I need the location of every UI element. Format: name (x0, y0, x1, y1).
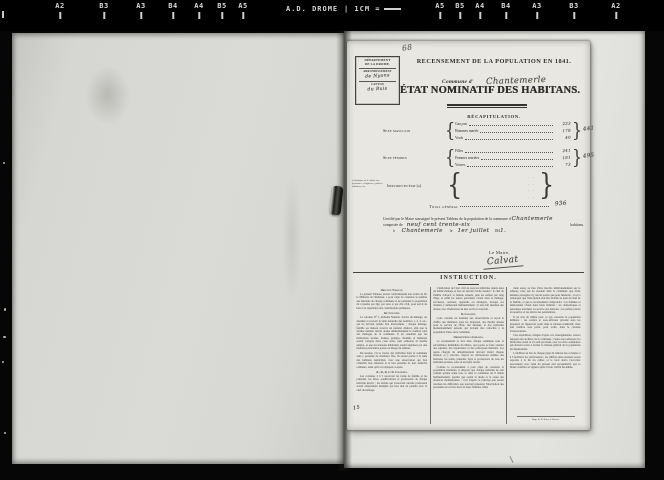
archive-name-label: A.D. DROME (286, 5, 338, 13)
instruction-paragraph: Les colonnes 2 à 5 recevront les noms de… (357, 375, 428, 392)
certification-text: composée de (383, 223, 403, 228)
ruler-tick (615, 12, 617, 19)
instruction-subheading: Objet du Tableau. (357, 289, 428, 292)
ruler-tick (479, 12, 481, 19)
ruler-label-text: B4 (501, 2, 510, 10)
ruler-tick (59, 12, 61, 19)
recap-row: Veufs (455, 135, 555, 142)
instruction-paragraph: Cette colonne est destinée aux observati… (433, 317, 504, 334)
ruler-tick (439, 12, 441, 19)
instruction-paragraph: Il en sera de même pour ce qui concerne … (510, 316, 581, 333)
value-handwritten: 40 (557, 134, 571, 142)
mayor-signature-handwritten: Calvat (483, 254, 524, 269)
instruction-paragraph: mais aussi, au lieu d'être inscrits indi… (510, 287, 581, 315)
ruler-label-text: A4 (475, 2, 484, 10)
footnote-a: (a) Indiquer ici le chiffre des personne… (352, 180, 385, 189)
ruler-label-left-0: A2 (55, 2, 64, 19)
ruler-label-text: A3 (136, 2, 145, 10)
dotted-leader (480, 132, 553, 133)
census-form-sheet: 68 DÉPARTEMENT DE LA DROME. ARRONDISSEME… (347, 41, 590, 430)
recap-row: Garçons (455, 121, 555, 128)
open-brace: { (445, 145, 455, 169)
instruction-heading-rule (458, 284, 479, 285)
certification-line3: à Chantemerle le 1er juillet 1841. (383, 229, 584, 234)
instruction-paragraph: Du surplus, s'il se trouve des individus… (357, 352, 428, 369)
open-brace: { (445, 118, 455, 142)
divider (359, 68, 396, 69)
rule-thick (447, 104, 527, 106)
ruler-label-left-1: B3 (99, 2, 108, 19)
individus-label: Individus en état (a) (387, 184, 421, 188)
recap-row: Femmes mariées (455, 155, 555, 162)
instruction-heading: INSTRUCTION. (347, 275, 590, 281)
ruler-label-right-6: A2 (611, 2, 620, 19)
ruler-label-left-4: A4 (194, 2, 203, 19)
form-title: RECENSEMENT DE LA POPULATION EN 1841. (404, 58, 584, 65)
recap-group-female: Sexe féminin { Filles Femmes mariées Veu… (377, 148, 587, 169)
row-label: Femmes mariées (455, 155, 479, 162)
total-label: Total général (429, 204, 458, 209)
film-speck (4, 432, 6, 434)
ruler-label-text: A5 (435, 2, 444, 10)
dotted-leader (469, 125, 553, 126)
ruler-label-text: B5 (455, 2, 464, 10)
row-label: Veufs (455, 135, 463, 142)
ruler-label-text: B3 (99, 2, 108, 10)
page-mark-handwritten: 15 (353, 404, 361, 411)
close-brace: } (572, 118, 582, 142)
dotted-row: . . (459, 187, 535, 194)
microfilm-scan: 2 A2 B3 A3 B4 A4 B5 A5 A.D. DROME | 1CM … (0, 0, 664, 480)
date-prefix: le (450, 229, 453, 233)
group-label: Sexe féminin (383, 155, 407, 160)
individus-dotted-rows: . . . . . . . . (459, 174, 535, 200)
scale-label: | 1CM = (344, 5, 401, 13)
ruler-tick (242, 12, 244, 19)
dotted-row: . . (459, 194, 535, 201)
sheet-number-handwritten: 68 (401, 42, 412, 52)
divider (359, 81, 396, 82)
instruction-paragraph: Comme le recensement a pour objet de con… (433, 366, 504, 390)
ruler-label-left-3: B4 (168, 2, 177, 19)
scale-dash (384, 8, 401, 10)
ruler-label-text: A5 (238, 2, 247, 10)
instruction-columns: Objet du Tableau. Le présent Tableau, dr… (354, 287, 583, 424)
value-handwritten: 73 (557, 161, 571, 169)
ruler-label-text: A2 (611, 2, 620, 10)
ruler-tick (140, 12, 142, 19)
film-speck (4, 308, 6, 311)
printer-imprint: Impr. de B. Roux, à Valence. (517, 416, 575, 421)
title-double-rule (447, 104, 527, 108)
total-line: Total général (429, 204, 551, 209)
ruler-tick (198, 12, 200, 19)
certification-text: Certifié par le Maire soussigné le prése… (383, 217, 511, 221)
ruler-edge-tick (2, 11, 4, 18)
recap-heading: RÉCAPITULATION. (404, 114, 584, 119)
place-prefix: à (393, 229, 395, 233)
register-left-page (12, 33, 344, 464)
film-speck (2, 361, 4, 363)
department-name: DE LA DROME. (356, 63, 399, 67)
row-label: Hommes mariés (455, 128, 478, 135)
recap-row: Filles (455, 148, 555, 155)
place-handwritten: Chantemerle (402, 228, 443, 234)
instruction-subheading: Observations générales. (433, 336, 504, 339)
ruler-tick (459, 12, 461, 19)
film-speck (3, 336, 6, 338)
ruler-label-right-3: B4 (501, 2, 510, 19)
ruler-label-left-2: A3 (136, 2, 145, 19)
paper-smudge (85, 65, 130, 125)
instruction-subheading: 1re Colonne. (357, 312, 428, 315)
ruler-tick (172, 12, 174, 19)
dotted-leader (465, 152, 553, 153)
instruction-column-1: Objet du Tableau. Le présent Tableau, dr… (354, 287, 430, 424)
film-speck (3, 162, 5, 164)
ruler-tick (573, 12, 575, 19)
close-brace-large: } (539, 168, 554, 202)
ruler-tick (505, 12, 507, 19)
ruler-label-text: B5 (217, 2, 226, 10)
group-values-handwritten: 223 178 40 (557, 121, 571, 141)
dotted-leader (465, 139, 553, 140)
row-label: Garçons (455, 121, 467, 128)
instruction-paragraph: L'addition au bas de chaque page du tabl… (510, 352, 581, 369)
ruler-tick (221, 12, 223, 19)
row-label: Filles (455, 148, 463, 155)
instruction-paragraph: Une expédition, rédigée d'après ces rens… (510, 334, 581, 351)
certified-commune-handwritten: Chantemerle (512, 216, 553, 222)
group-label: Sexe masculin (383, 128, 410, 133)
archive-name-text: A.D. DROME (286, 5, 338, 13)
ruler-label-left-5: B5 (217, 2, 226, 19)
ruler-label-right-2: A4 (475, 2, 484, 19)
instruction-subheading: 6e Colonne. (433, 313, 504, 316)
close-brace: } (572, 145, 582, 169)
ruler-label-text: A4 (194, 2, 203, 10)
ruler-label-text: A3 (532, 2, 541, 10)
ruler-label-right-4: A3 (532, 2, 541, 19)
group-total-handwritten: 495 (583, 152, 595, 159)
group-values-handwritten: 241 181 73 (557, 148, 571, 168)
ruler-label-text: A2 (55, 2, 64, 10)
ruler-label-right-1: B5 (455, 2, 464, 19)
instruction-paragraph: Le recensement se fera dans chaque commu… (433, 340, 504, 364)
scale-text: | 1CM = (344, 5, 381, 13)
instruction-column-3: mais aussi, au lieu d'être inscrits indi… (506, 287, 583, 424)
dotted-row: . . (459, 174, 535, 181)
section-separator-rule (353, 272, 584, 273)
ruler-label-text: B4 (168, 2, 177, 10)
dotted-row: . . (459, 181, 535, 188)
arrondissement-value-handwritten: de Nyons (356, 73, 399, 80)
instruction-paragraph: La colonne N° 1, intitulée Numéro d'ordr… (357, 316, 428, 351)
mayor-label: Le Maire, (489, 250, 510, 255)
form-subtitle: ÉTAT NOMINATIF DES HABITANS. (389, 85, 591, 96)
instruction-subheading: 2e, 3e, 4e et 5e Colonnes. (357, 371, 428, 374)
group-rows: Filles Femmes mariées Veuves (455, 148, 555, 168)
instruction-paragraph: L'indication de l'état civil de tous les… (433, 287, 504, 311)
dotted-leader (460, 206, 549, 207)
recap-row: Hommes mariés (455, 128, 555, 135)
ruler-label-right-5: B3 (569, 2, 578, 19)
group-total-handwritten: 441 (583, 125, 595, 132)
ruler-tick (103, 12, 105, 19)
pen-scratch-mark (509, 456, 513, 463)
ruler-label-left-6: A5 (238, 2, 247, 19)
certification-block: Certifié par le Maire soussigné le prése… (383, 217, 584, 234)
ruler-tick (536, 12, 538, 19)
year-digit-handwritten: 1. (500, 228, 506, 234)
ruler-label-text: B3 (569, 2, 578, 10)
instruction-paragraph: Le présent Tableau, dressé conformément … (357, 293, 428, 310)
recap-group-male: Sexe masculin { Garçons Hommes mariés Ve… (377, 121, 587, 142)
date-handwritten: 1er juillet (457, 228, 489, 234)
group-rows: Garçons Hommes mariés Veufs (455, 121, 555, 141)
ruler-bar: 2 A2 B3 A3 B4 A4 B5 A5 A.D. DROME | 1CM … (0, 0, 664, 31)
dotted-leader (467, 166, 553, 167)
total-value-handwritten: 936 (555, 200, 567, 207)
admin-box: DÉPARTEMENT DE LA DROME. ARRONDISSEMENT … (355, 56, 400, 105)
rule-thin (447, 107, 527, 108)
instruction-column-2: L'indication de l'état civil de tous les… (430, 287, 507, 424)
dotted-leader (481, 159, 553, 160)
paper-crease (282, 173, 302, 303)
ruler-label-right-0: A5 (435, 2, 444, 19)
habitans-label: habitans. (570, 223, 584, 228)
